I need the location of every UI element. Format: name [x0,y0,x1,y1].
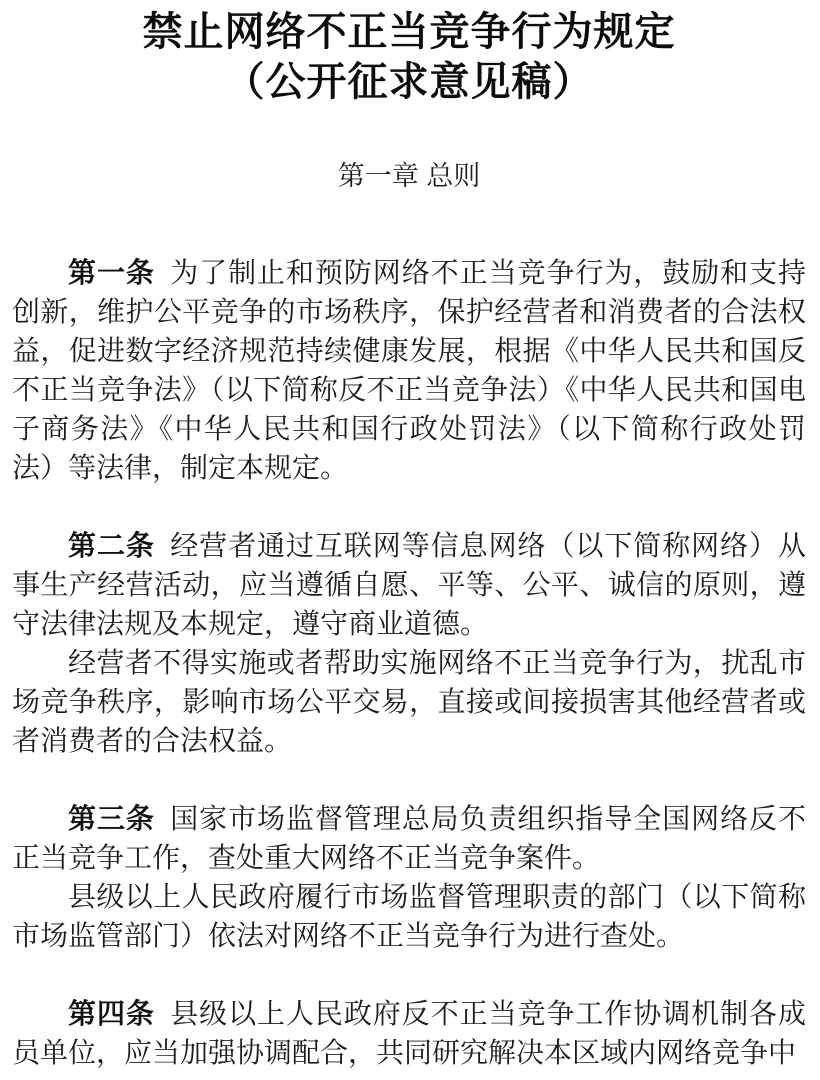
article-3: 第三条国家市场监督管理总局负责组织指导全国网络反不正当竞争工作，查处重大网络不正… [12,799,806,955]
article-1: 第一条为了制止和预防网络不正当竞争行为，鼓励和支持创新，维护公平竞争的市场秩序，… [12,253,806,487]
article-2-number: 第二条 [68,530,155,561]
articles-section: 第一条为了制止和预防网络不正当竞争行为，鼓励和支持创新，维护公平竞争的市场秩序，… [12,253,806,1072]
chapter-heading: 第一章 总则 [12,161,806,191]
article-2: 第二条经营者通过互联网等信息网络（以下简称网络）从事生产经营活动，应当遵循自愿、… [12,526,806,760]
article-4: 第四条县级以上人民政府反不正当竞争工作协调机制各成员单位，应当加强协调配合，共同… [12,994,806,1072]
document-title-line2: （公开征求意见稿） [12,57,806,107]
document-title: 禁止网络不正当竞争行为规定 （公开征求意见稿） [12,7,806,107]
document-page: 禁止网络不正当竞争行为规定 （公开征求意见稿） 第一章 总则 第一条为了制止和预… [0,0,820,1080]
article-4-paragraph-1: 第四条县级以上人民政府反不正当竞争工作协调机制各成员单位，应当加强协调配合，共同… [12,994,806,1072]
article-2-paragraph-1: 第二条经营者通过互联网等信息网络（以下简称网络）从事生产经营活动，应当遵循自愿、… [12,526,806,643]
article-3-paragraph-2: 县级以上人民政府履行市场监督管理职责的部门（以下简称市场监管部门）依法对网络不正… [12,877,806,955]
article-4-number: 第四条 [68,998,155,1029]
article-3-paragraph-1: 第三条国家市场监督管理总局负责组织指导全国网络反不正当竞争工作，查处重大网络不正… [12,799,806,877]
document-title-line1: 禁止网络不正当竞争行为规定 [12,7,806,57]
article-2-paragraph-2: 经营者不得实施或者帮助实施网络不正当竞争行为，扰乱市场竞争秩序，影响市场公平交易… [12,643,806,760]
article-1-paragraph-1: 第一条为了制止和预防网络不正当竞争行为，鼓励和支持创新，维护公平竞争的市场秩序，… [12,253,806,487]
article-1-number: 第一条 [68,257,155,288]
article-3-number: 第三条 [68,803,155,834]
article-1-text-1: 为了制止和预防网络不正当竞争行为，鼓励和支持创新，维护公平竞争的市场秩序，保护经… [12,257,806,483]
